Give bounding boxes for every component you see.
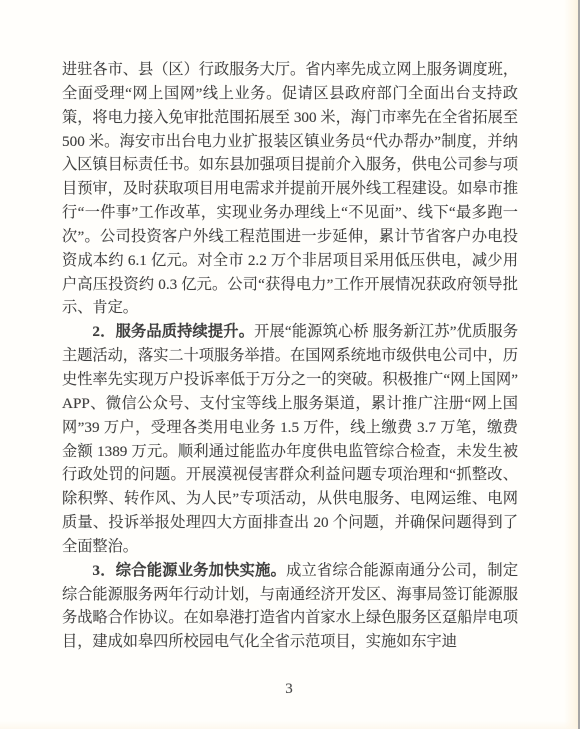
paragraph-text: 进驻各市、县（区）行政服务大厅。省内率先成立网上服务调度班，全面受理“网上国网”… [62,61,518,316]
section-3-heading: 3．综合能源业务加快实施。 [92,562,286,579]
document-body: 进驻各市、县（区）行政服务大厅。省内率先成立网上服务调度班，全面受理“网上国网”… [62,58,518,654]
document-page: 进驻各市、县（区）行政服务大厅。省内率先成立网上服务调度班，全面受理“网上国网”… [0,0,580,729]
paragraph-continuation: 进驻各市、县（区）行政服务大厅。省内率先成立网上服务调度班，全面受理“网上国网”… [62,58,518,320]
paragraph-section-2: 2．服务品质持续提升。开展“能源筑心桥 服务新江苏”优质服务主题活动，落实二十项… [62,320,518,558]
paragraph-section-3: 3．综合能源业务加快实施。成立省综合能源南通分公司，制定综合能源服务两年行动计划… [62,559,518,654]
section-2-heading: 2．服务品质持续提升。 [92,323,254,340]
page-number: 3 [0,681,578,698]
paragraph-text: 开展“能源筑心桥 服务新江苏”优质服务主题活动，落实二十项服务举措。在国网系统地… [62,323,518,555]
